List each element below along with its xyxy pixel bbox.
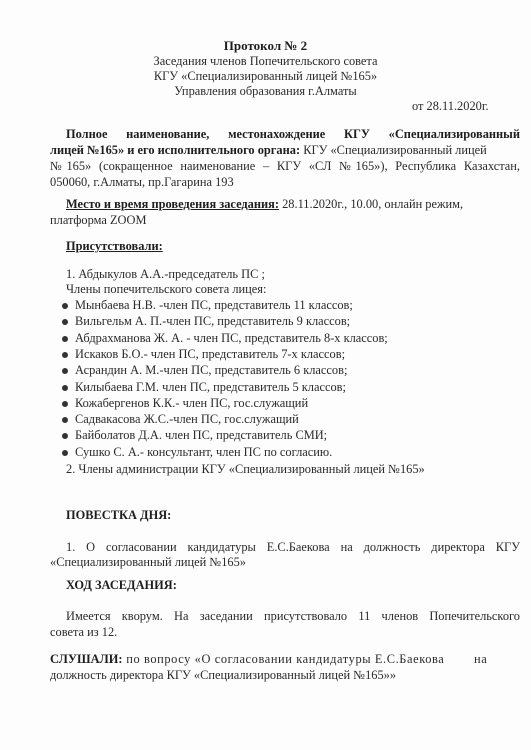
member-list-item: Асрандин А. М.-член ПС, представитель 6 …: [75, 363, 347, 378]
bullet-icon: [62, 352, 68, 358]
document-page: Протокол № 2 Заседания членов Попечитель…: [0, 0, 531, 750]
full-name-text: КГУ «Специализированный лицей: [300, 143, 487, 157]
full-name-line-2: лицей №165» и его исполнительного органа…: [50, 143, 520, 158]
member-list-item: Сушко С. А.- консультант, член ПС по сог…: [75, 445, 332, 460]
member-list-item: Кожабергенов К.К.- член ПС, гос.служащий: [75, 396, 308, 411]
bullet-icon: [62, 368, 68, 374]
member-list-item: Абдрахманова Ж. А. - член ПС, представит…: [75, 331, 388, 346]
bullet-icon: [62, 385, 68, 391]
bullet-icon: [62, 433, 68, 439]
bullet-icon: [62, 336, 68, 342]
proceedings-line-1: Имеется кворум. На заседании присутствов…: [66, 609, 520, 625]
administration-line: 2. Члены администрации КГУ «Специализиро…: [66, 462, 425, 477]
full-name-line-3: №165» (сокращенное наименование – КГУ «С…: [50, 159, 520, 175]
proceedings-line-2: совета из 12.: [50, 625, 117, 640]
agenda-item-1-line-2: «Специализированный лицей №165»: [50, 555, 246, 570]
heard-line-2: должность директора КГУ «Специализирован…: [50, 668, 396, 683]
full-name-line-1: Полное наименование, местонахождение КГУ…: [66, 127, 520, 143]
proceedings-heading: ХОД ЗАСЕДАНИЯ:: [66, 578, 177, 593]
member-list-item: Садвакасова Ж.С.-член ПС, гос.служащий: [75, 412, 299, 427]
bullet-icon: [62, 319, 68, 325]
member-list-item: Мынбаева Н.В. -член ПС, представитель 11…: [75, 298, 353, 313]
bullet-icon: [62, 303, 68, 309]
header-line-1: Заседания членов Попечительского совета: [0, 54, 531, 69]
place-time-line-1: Место и время проведения заседания: 28.1…: [66, 197, 520, 212]
chair-line: 1. Абдыкулов А.А.-председатель ПС ;: [66, 267, 265, 282]
heard-line-1: СЛУШАЛИ: по вопросу «О согласовании канд…: [50, 652, 520, 667]
bullet-icon: [62, 417, 68, 423]
member-list-item: Килыбаева Г.М. член ПС, представитель 5 …: [75, 380, 346, 395]
bullet-icon: [62, 401, 68, 407]
place-time-line-2: платформа ZOOM: [50, 213, 146, 228]
header-line-2: КГУ «Специализированный лицей №165»: [0, 69, 531, 84]
member-list-item: Байболатов Д.А. член ПС, представитель С…: [75, 428, 327, 443]
attendees-heading: Присутствовали:: [66, 239, 163, 254]
member-list-item: Искаков Б.О.- член ПС, представитель 7-х…: [75, 347, 345, 362]
protocol-title: Протокол № 2: [0, 38, 531, 53]
full-name-line-4: 050060, г.Алматы, пр.Гагарина 193: [50, 175, 234, 190]
members-label: Члены попечительского совета лицея:: [66, 282, 266, 297]
protocol-date: от 28.11.2020г.: [412, 99, 489, 114]
place-time-value: 28.11.2020г., 10.00, онлайн режим,: [279, 197, 463, 211]
member-list-item: Вильгельм А. П.-член ПС, представитель 9…: [75, 314, 350, 329]
agenda-heading: ПОВЕСТКА ДНЯ:: [66, 508, 171, 523]
place-time-label: Место и время проведения заседания:: [66, 197, 279, 211]
agenda-item-1-line-1: 1. О согласовании кандидатуры Е.С.Баеков…: [66, 540, 520, 556]
bullet-icon: [62, 450, 68, 456]
heard-label: СЛУШАЛИ:: [50, 652, 123, 666]
full-name-bold: лицей №165» и его исполнительного органа…: [50, 143, 300, 157]
header-line-3: Управления образования г.Алматы: [0, 84, 531, 99]
heard-text: по вопросу «О согласовании кандидатуры Е…: [123, 652, 488, 666]
